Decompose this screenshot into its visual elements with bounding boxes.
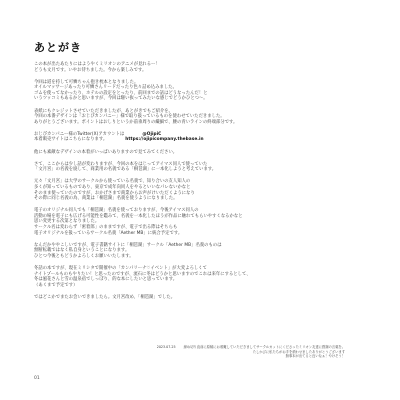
text-line: その際に同じ名義の為、商業は「桐琶湖」名義を使うようになりました。 bbox=[34, 196, 374, 202]
text-line: 本着販売サイトはこちらになります。https://ojipicompany.th… bbox=[34, 137, 374, 143]
text-line: 電子オリジナルを扱っているサークル名義「Aether MB」に統合予定です。 bbox=[34, 231, 374, 237]
paragraph-name-history: 元々「文月宮」は大学のサークルから使っている名義で、知り合いの友人知人の 多くが… bbox=[34, 179, 374, 201]
postscript-text: 締め切り直前に原稿にお邪魔していただきましてサークルカットにくださったミリオン友… bbox=[184, 345, 345, 349]
text-line: ひとつ今後ともどうかよろしくお願いいたします。 bbox=[34, 254, 374, 260]
paragraph-links: おじぴカンパニー様のTwitter(X)アカウントは@OjipiC 本着販売サイ… bbox=[34, 132, 374, 143]
shop-url-link[interactable]: https://ojipicompany.thebase.in bbox=[125, 137, 203, 142]
postscript-line: 無事本が出てると良いなぁ！やけそう！ bbox=[115, 354, 345, 359]
text-line: いうツッコミもあるかと思いますが、今回は駆い抜ってみたいな感じでどうかひとつ～。 bbox=[34, 96, 374, 102]
text-line: どうも文月です。いやお待ちました。今から楽しみです。 bbox=[34, 68, 374, 74]
paragraph-name-change: さて、ここからは少し話が変わりますが、今回の本をはじってアイマス同人で使っていた… bbox=[34, 162, 374, 173]
text-line: （あくまで予定です） bbox=[34, 283, 374, 289]
paragraph-credits: 表紙にもクレジットさせていただきましたが、あとがきでもご紹介を。 今回の本番デザ… bbox=[34, 109, 374, 126]
shop-label: 本着販売サイトはこちらになります。 bbox=[34, 137, 107, 142]
paragraph-digital: 電子のオリジナル同人でも「桐琶湖」名義を使っておりますが、今後アイマス同人の 活… bbox=[34, 208, 374, 236]
document-page: あとがき この本が出たあたりにはようやくミリオンのアニメが見れるー！ どうも文月… bbox=[0, 0, 400, 400]
page-number: 01 bbox=[34, 376, 40, 381]
text-line: 「文月宮」の名義を廃して、商業用の名義である「桐琶湖」に一本化しようと考えていま… bbox=[34, 167, 374, 173]
text-line: ありがとうございます。ポイントはおしりというか前垂周りの繊細で、腰の青いラインの… bbox=[34, 120, 374, 126]
postscript-note: 2023.07.25締め切り直前に原稿にお邪魔していただきましてサークルカットに… bbox=[115, 345, 345, 359]
paragraph-intro: この本が出たあたりにはようやくミリオンのアニメが見れるー！ どうも文月です。いや… bbox=[34, 62, 374, 73]
text-line: ではどこかでまたお会いできましたら。文月宮改め、「桐琶湖」でした。 bbox=[34, 295, 374, 301]
postscript-date: 2023.07.25 bbox=[157, 345, 176, 349]
afterword-body: この本が出たあたりにはようやくミリオンのアニメが見れるー！ どうも文月です。いや… bbox=[34, 62, 374, 307]
paragraph-closing: ではどこかでまたお会いできましたら。文月宮改め、「桐琶湖」でした。 bbox=[34, 295, 374, 301]
paragraph-clarification: なんだかややこしいですが、電子書籍サイトに「桐琶湖」サークル「Aether MB… bbox=[34, 243, 374, 260]
paragraph-other-designs: 他にも素敵なデザインの本着がいっぱいありますので見てみてください。 bbox=[34, 150, 374, 156]
paragraph-theme: 今回は道を持して可憐ちゃん抱き枕本となりました。 オイルマッサージあったり可憐さ… bbox=[34, 80, 374, 102]
paragraph-next-book: 冬話の本ですが、現在ミリシタで開催中の「カンパリーナ♡イベント」が大変よろしくて… bbox=[34, 266, 374, 288]
page-title: あとがき bbox=[34, 39, 82, 55]
text-line: 他にも素敵なデザインの本着がいっぱいありますので見てみてください。 bbox=[34, 150, 374, 156]
